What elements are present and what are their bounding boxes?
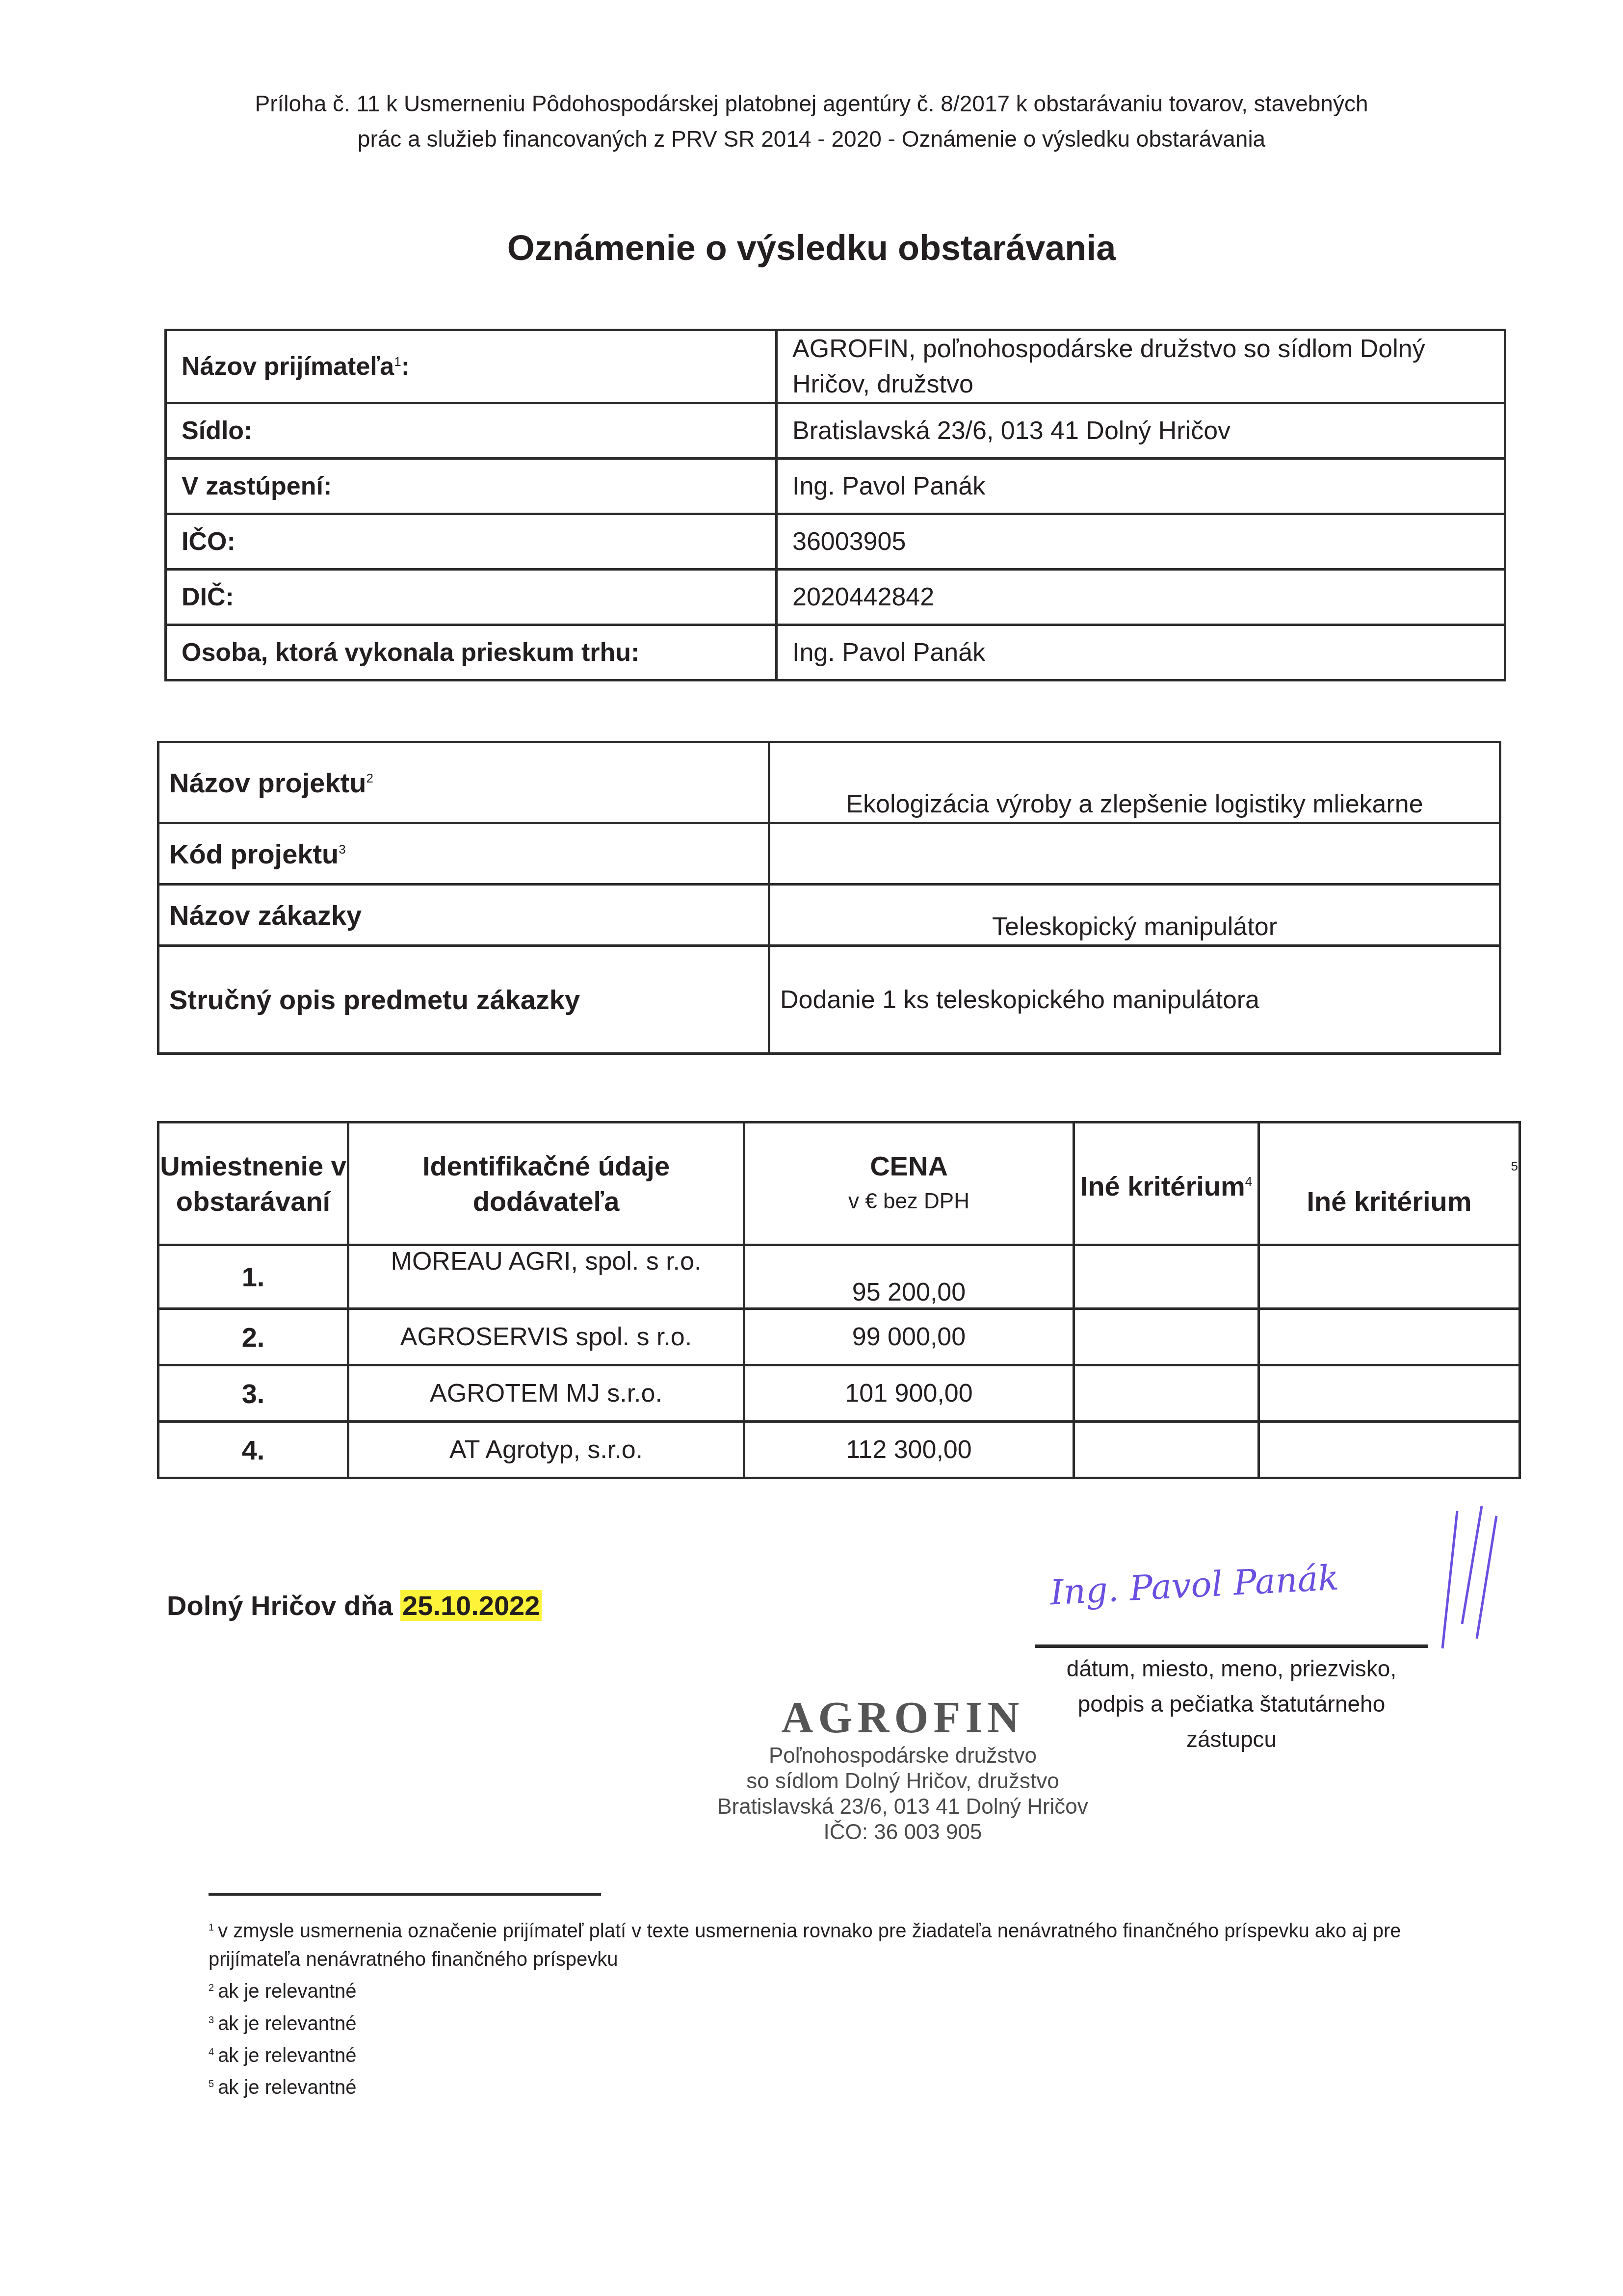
row-value: Teleskopický manipulátor <box>769 885 1500 946</box>
table-row: 3. AGROTEM MJ s.r.o. 101 900,00 <box>158 1365 1520 1422</box>
stamp-name: AGROFIN <box>711 1693 1094 1743</box>
stamp-line: so sídlom Dolný Hričov, družstvo <box>711 1769 1094 1794</box>
table-row: V zastúpení: Ing. Pavol Panák <box>166 459 1505 514</box>
rank-cell: 4. <box>158 1422 348 1478</box>
row-label: V zastúpení: <box>166 459 777 514</box>
row-value: Dodanie 1 ks teleskopického manipulátora <box>769 946 1500 1054</box>
row-label: Názov projektu2 <box>158 742 769 823</box>
place-date: Dolný Hričov dňa 25.10.2022 <box>167 1590 542 1621</box>
row-label: IČO: <box>166 514 777 570</box>
footnote-4: 4ak je relevantné <box>209 2038 1460 2070</box>
table-row: Názov zákazky Teleskopický manipulátor <box>158 885 1500 946</box>
header-line-2: prác a služieb financovaných z PRV SR 20… <box>0 121 1623 157</box>
table-row: Stručný opis predmetu zákazky Dodanie 1 … <box>158 946 1500 1054</box>
table-row: 1. MOREAU AGRI, spol. s r.o. 95 200,00 <box>158 1245 1520 1309</box>
row-label: Stručný opis predmetu zákazky <box>158 946 769 1054</box>
signature-scribble-icon <box>1423 1501 1511 1658</box>
rank-cell: 1. <box>158 1245 348 1309</box>
row-value: Bratislavská 23/6, 013 41 Dolný Hričov <box>777 403 1505 459</box>
footnote-5: 5ak je relevantné <box>209 2070 1460 2102</box>
header-supplier: Identifikačné údaje dodávateľa <box>348 1122 744 1245</box>
price-cell: 95 200,00 <box>744 1245 1074 1309</box>
header-criterion-2: 5Iné kritérium <box>1259 1122 1520 1245</box>
table-row: DIČ: 2020442842 <box>166 570 1505 625</box>
row-label: Kód projektu3 <box>158 823 769 885</box>
footnote-3: 3ak je relevantné <box>209 2006 1460 2038</box>
supplier-cell: MOREAU AGRI, spol. s r.o. <box>348 1245 744 1309</box>
table-row: Kód projektu3 <box>158 823 1500 885</box>
table-row: Názov prijímateľa1: AGROFIN, poľnohospod… <box>166 330 1505 403</box>
criterion-2-cell <box>1259 1245 1520 1309</box>
header-rank: Umiestnenie v obstarávaní <box>158 1122 348 1245</box>
footnote-1: 1v zmysle usmernenia označenie prijímate… <box>209 1913 1460 1974</box>
table-row: Sídlo: Bratislavská 23/6, 013 41 Dolný H… <box>166 403 1505 459</box>
header-criterion-1: Iné kritérium4 <box>1074 1122 1259 1245</box>
footnote-divider <box>209 1893 601 1896</box>
signature-line <box>1035 1644 1428 1648</box>
footnote-2: 2ak je relevantné <box>209 1974 1460 2006</box>
table-row: Názov projektu2 Ekologizácia výroby a zl… <box>158 742 1500 823</box>
company-stamp: AGROFIN Poľnohospodárske družstvo so síd… <box>711 1693 1094 1845</box>
criterion-1-cell <box>1074 1309 1259 1365</box>
supplier-cell: AGROSERVIS spol. s r.o. <box>348 1309 744 1365</box>
table-row: 4. AT Agrotyp, s.r.o. 112 300,00 <box>158 1422 1520 1478</box>
stamp-line: Poľnohospodárske družstvo <box>711 1743 1094 1769</box>
row-value: 2020442842 <box>777 570 1505 625</box>
results-table: Umiestnenie v obstarávaní Identifikačné … <box>157 1121 1521 1479</box>
table-row: Osoba, ktorá vykonala prieskum trhu: Ing… <box>166 625 1505 680</box>
rank-cell: 2. <box>158 1309 348 1365</box>
price-cell: 112 300,00 <box>744 1422 1074 1478</box>
handwritten-signature: Ing. Pavol Panák <box>1049 1558 1339 1613</box>
price-cell: 99 000,00 <box>744 1309 1074 1365</box>
document-header: Príloha č. 11 k Usmerneniu Pôdohospodárs… <box>0 86 1623 157</box>
criterion-2-cell <box>1259 1309 1520 1365</box>
criterion-1-cell <box>1074 1422 1259 1478</box>
row-value: 36003905 <box>777 514 1505 570</box>
place-label: Dolný Hričov dňa <box>167 1590 393 1621</box>
criterion-1-cell <box>1074 1365 1259 1422</box>
price-cell: 101 900,00 <box>744 1365 1074 1422</box>
criterion-2-cell <box>1259 1422 1520 1478</box>
row-label: Názov prijímateľa1: <box>166 330 777 403</box>
table-row: IČO: 36003905 <box>166 514 1505 570</box>
row-value: Ekologizácia výroby a zlepšenie logistik… <box>769 742 1500 823</box>
row-value <box>769 823 1500 885</box>
header-row: Umiestnenie v obstarávaní Identifikačné … <box>158 1122 1520 1245</box>
page-title: Oznámenie o výsledku obstarávania <box>0 228 1623 268</box>
stamp-line: IČO: 36 003 905 <box>711 1820 1094 1845</box>
row-label: Sídlo: <box>166 403 777 459</box>
rank-cell: 3. <box>158 1365 348 1422</box>
project-table: Názov projektu2 Ekologizácia výroby a zl… <box>157 741 1501 1055</box>
supplier-cell: AT Agrotyp, s.r.o. <box>348 1422 744 1478</box>
header-line-1: Príloha č. 11 k Usmerneniu Pôdohospodárs… <box>0 86 1623 121</box>
supplier-cell: AGROTEM MJ s.r.o. <box>348 1365 744 1422</box>
row-value: AGROFIN, poľnohospodárske družstvo so sí… <box>777 330 1505 403</box>
recipient-table: Názov prijímateľa1: AGROFIN, poľnohospod… <box>164 329 1506 681</box>
row-value: Ing. Pavol Panák <box>777 459 1505 514</box>
table-row: 2. AGROSERVIS spol. s r.o. 99 000,00 <box>158 1309 1520 1365</box>
stamp-line: Bratislavská 23/6, 013 41 Dolný Hričov <box>711 1794 1094 1820</box>
row-label: DIČ: <box>166 570 777 625</box>
footnotes: 1v zmysle usmernenia označenie prijímate… <box>209 1913 1460 2102</box>
row-value: Ing. Pavol Panák <box>777 625 1505 680</box>
criterion-1-cell <box>1074 1245 1259 1309</box>
date-highlighted: 25.10.2022 <box>400 1590 542 1621</box>
criterion-2-cell <box>1259 1365 1520 1422</box>
row-label: Osoba, ktorá vykonala prieskum trhu: <box>166 625 777 680</box>
header-price: CENAv € bez DPH <box>744 1122 1074 1245</box>
row-label: Názov zákazky <box>158 885 769 946</box>
